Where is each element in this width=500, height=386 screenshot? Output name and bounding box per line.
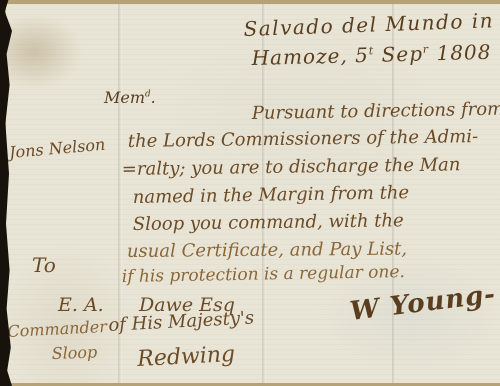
body-line: usual Certificate, and Pay List, [127, 239, 407, 262]
body-line: named in the Margin from the [133, 182, 410, 208]
body-line: the Lords Commissioners of the Admi- [128, 126, 479, 152]
body-line: if his protection is a regular one. [122, 262, 405, 287]
body-line: Pursuant to directions from [252, 99, 500, 124]
date-text: Hamoze, 5 [251, 43, 369, 70]
to-label: To [32, 253, 56, 277]
sloop-label: Sloop [51, 342, 97, 363]
recipient-initials: E. A. [58, 294, 104, 316]
signature: W Young- [348, 279, 497, 327]
of-his-majestys-line: of His Majesty's [108, 307, 255, 336]
date-month: Sep [374, 42, 423, 67]
body-line: =ralty; you are to discharge the Man [122, 154, 461, 180]
header-place-line: Salvado del Mundo in [243, 8, 494, 41]
ship-name: Redwing [137, 342, 236, 372]
body-line: Sloop you command, with the [133, 210, 404, 235]
paper-sheet: Salvado del Mundo in Hamoze, 5t Sepr 180… [6, 4, 500, 383]
date-year: 1808 [429, 40, 492, 66]
header-date-line: Hamoze, 5t Sepr 1808 [251, 40, 491, 70]
manuscript-letter: Salvado del Mundo in Hamoze, 5t Sepr 180… [0, 0, 500, 386]
memo-period: . [151, 88, 156, 107]
memo-text: Mem [104, 88, 145, 107]
recipient-rank: Commander [7, 317, 107, 341]
margin-sailor-name: Jons Nelson [8, 135, 106, 162]
memo-heading: Memd. [104, 88, 156, 107]
